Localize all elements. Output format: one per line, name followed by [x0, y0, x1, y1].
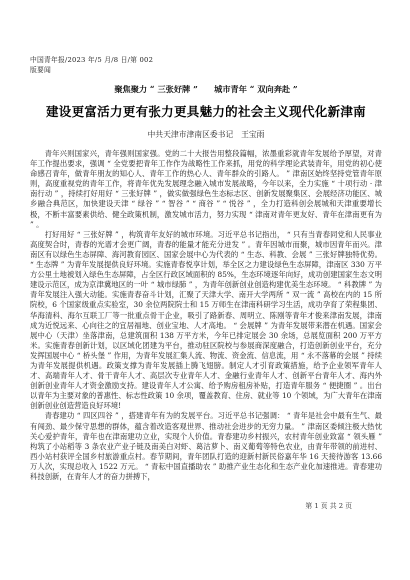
publication-header-line-1: 中国青年报/2023 年/5 月/8 日/第 002	[30, 55, 382, 65]
article-paragraph: 打好用好 “ 三张好牌 ” ，构筑青年友好的城市环境。习近平总书记指出， “ 只…	[30, 230, 382, 412]
page-number-footer: 第 1 页 共 2 页	[305, 500, 352, 510]
article-kicker: 聚焦聚力 “ 三张好牌 ” 城市青年 “ 双向奔赴 ”	[30, 84, 382, 95]
article-paragraph: 青年兴则国家兴，青年强则国家强。党的二十大报告用整段篇幅，浓墨重彩就青年发展给予…	[30, 149, 382, 230]
document-page: 中国青年报/2023 年/5 月/8 日/第 002 版要闻 聚焦聚力 “ 三张…	[0, 0, 410, 580]
document-content: 中国青年报/2023 年/5 月/8 日/第 002 版要闻 聚焦聚力 “ 三张…	[30, 55, 382, 482]
publication-header-line-2: 版要闻	[30, 65, 382, 75]
article-title: 建设更富活力更有张力更具魅力的社会主义现代化新津南	[30, 102, 382, 120]
article-paragraph: 青春建功 “ 四区四谷 ” ，搭建青年有为的发展平台。习近平总书记强调： “ 青…	[30, 411, 382, 482]
publication-header: 中国青年报/2023 年/5 月/8 日/第 002 版要闻	[30, 55, 382, 75]
article-body: 青年兴则国家兴，青年强则国家强。党的二十大报告用整段篇幅，浓墨重彩就青年发展给予…	[30, 149, 382, 482]
article-byline: 中共天津市津南区委书记 王宝雨	[30, 129, 382, 140]
